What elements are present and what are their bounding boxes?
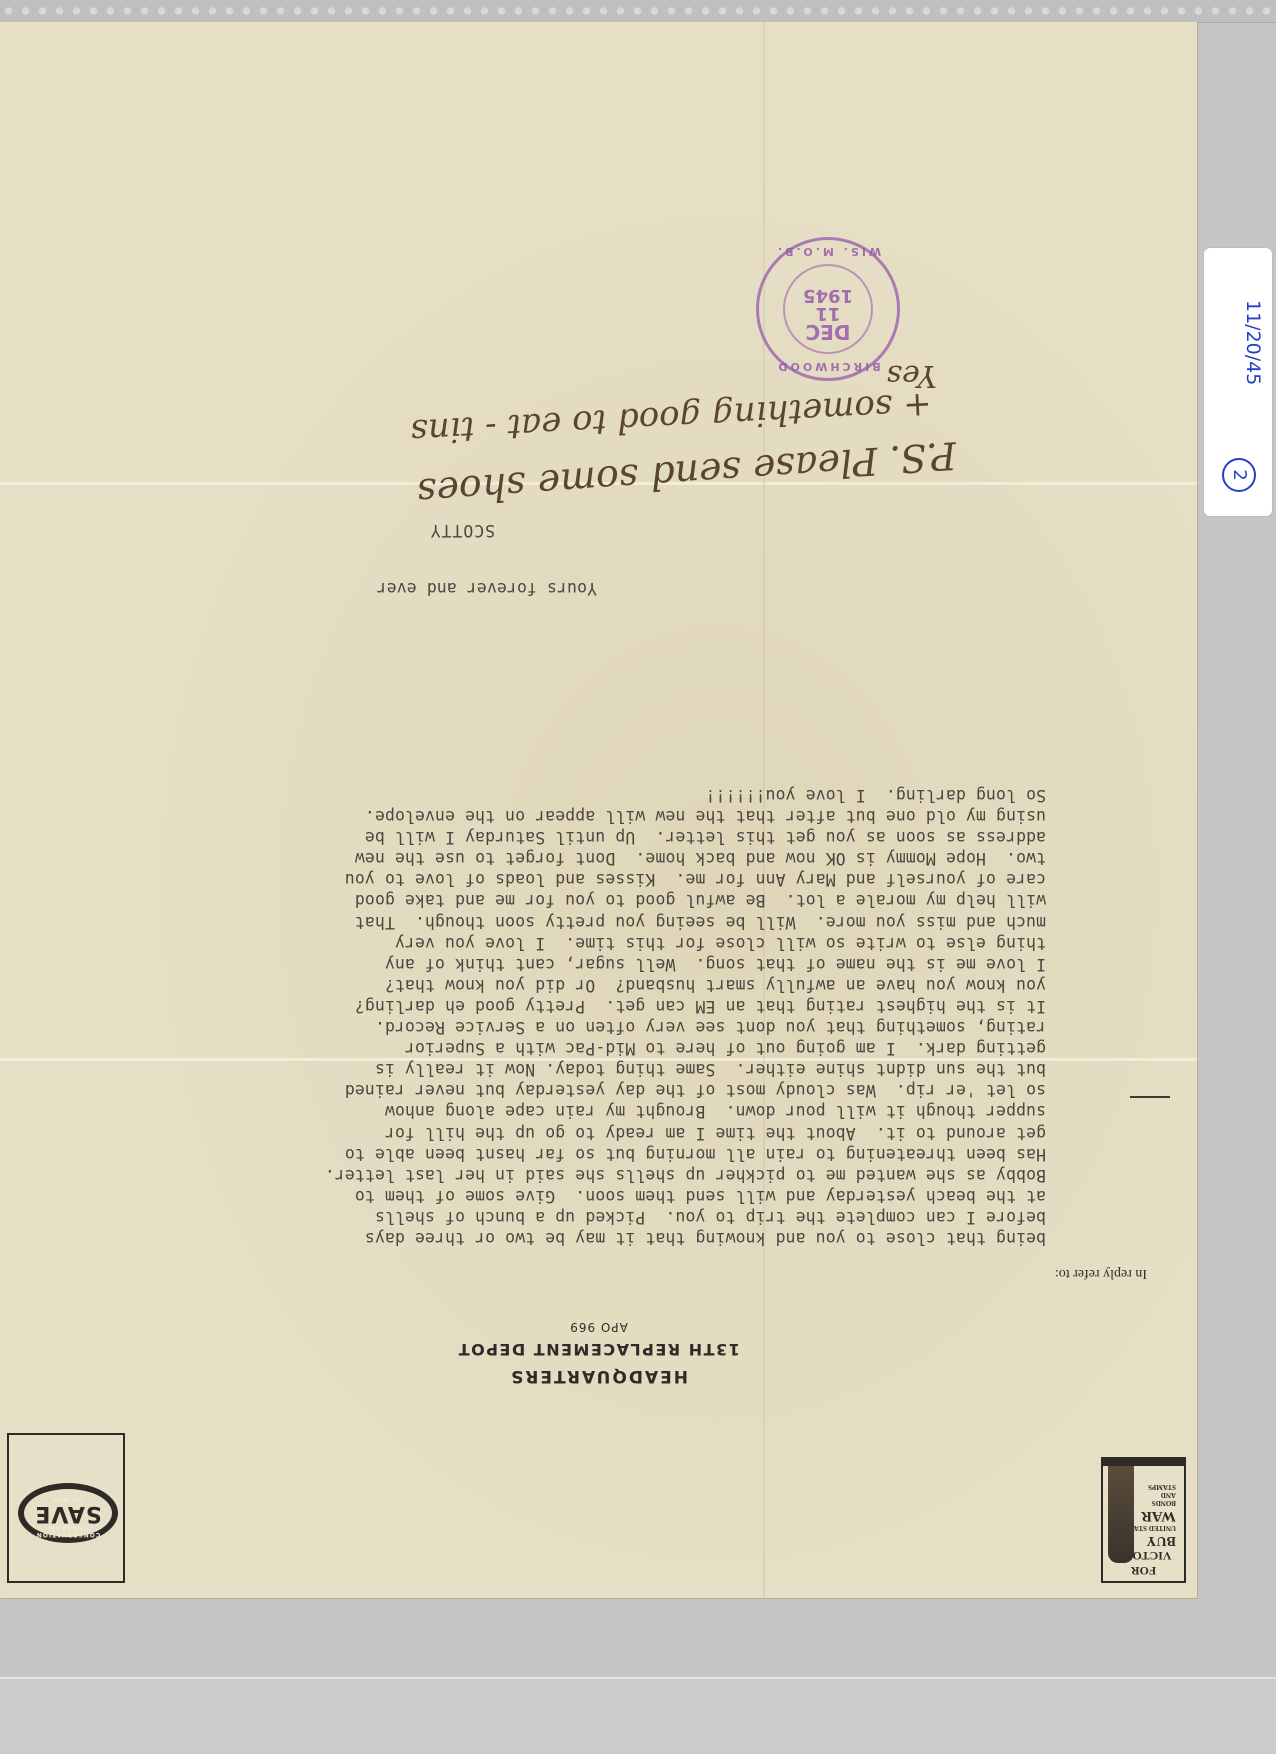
sleeve-lower-area (0, 1679, 1276, 1754)
postmark-month: DEC (785, 322, 871, 342)
margin-tick-mark (1130, 1096, 1170, 1098)
save-badge-word: SAVE (24, 1502, 112, 1524)
sleeve-binder-holes (0, 6, 1276, 16)
letter-body-line: before I can complete the trip to you. P… (96, 1207, 1046, 1228)
letter-body-line: at the beach yesterday and will send the… (96, 1186, 1046, 1207)
war-bonds-badge: FOR VICTORY BUY UNITED STATES WAR BONDS … (1101, 1457, 1186, 1583)
letter-body-line: It is the highest rating that an EM can … (96, 996, 1046, 1017)
postmark-date-block: DEC 11 1945 (783, 264, 873, 354)
rotated-letter-content: HEADQUARTERS 13TH REPLACEMENT DEPOT APO … (0, 22, 1197, 1598)
letter-body-line: using my old one but after that the new … (96, 806, 1046, 827)
index-tab-number-circle: 2 (1222, 458, 1256, 492)
letter-body-line: Bobby as she wanted me to pickher up she… (96, 1165, 1046, 1186)
postmark-town: BIRCHWOOD (759, 360, 897, 373)
letterhead-apo: APO 969 (0, 1320, 1197, 1334)
letter-body-line: address as soon as you get this letter. … (96, 827, 1046, 848)
letter-body-line: you know you have an awfully smart husba… (96, 975, 1046, 996)
letter-page: HEADQUARTERS 13TH REPLACEMENT DEPOT APO … (0, 22, 1197, 1598)
minuteman-figure-icon (1108, 1463, 1134, 1563)
reply-refer-label: In reply refer to: (1055, 1265, 1147, 1281)
letter-body-line: so let 'er rip. Was cloudy most of the d… (96, 1080, 1046, 1101)
postmark-stamp: BIRCHWOOD DEC 11 1945 WIS. M.O.B. (756, 237, 900, 381)
postmark-year: 1945 (785, 286, 871, 304)
letter-body-line: So long darling. I love you!!!!!! (96, 785, 1046, 806)
letter-body-line: get around to it. About the time I am re… (96, 1122, 1046, 1143)
letter-body-line: care of yourself and Mary Ann for me. Ki… (96, 869, 1046, 890)
letter-body-line: but the sun didnt shine either. Same thi… (96, 1059, 1046, 1080)
save-logo-icon: CONSERVATION PROGRAM SAVE U.S. ARMY (18, 1483, 118, 1543)
letter-body-line: supper though it will pour down. Brought… (96, 1101, 1046, 1122)
letter-body-line: rating, something that you dont see very… (96, 1017, 1046, 1038)
index-tab-date: 11/20/45 (1214, 288, 1264, 398)
letter-body-line: much and miss you more. Will be seeing y… (96, 912, 1046, 933)
letter-body-line: I love me is the name of that song. Well… (96, 954, 1046, 975)
letter-body-line: getting dark. I am going out of here to … (96, 1038, 1046, 1059)
sleeve-top-edge (0, 0, 1276, 23)
save-badge-top: CONSERVATION PROGRAM (24, 1524, 112, 1538)
letter-closing: Yours forever and ever (377, 579, 597, 598)
letterhead-title: HEADQUARTERS (0, 1366, 1197, 1386)
letter-signature: SCOTTY (430, 521, 495, 540)
save-conservation-badge: CONSERVATION PROGRAM SAVE U.S. ARMY (7, 1433, 125, 1583)
letter-body-line: two. Hope Mommy is OK now and back home.… (96, 848, 1046, 869)
letter-body-line: thing else to write so will close for th… (96, 933, 1046, 954)
letterhead-unit: 13TH REPLACEMENT DEPOT (0, 1340, 1197, 1359)
index-tab: 11/20/45 2 (1204, 248, 1272, 516)
letter-body-line: being that close to you and knowing that… (96, 1228, 1046, 1249)
postmark-day: 11 (785, 304, 871, 322)
letter-body-line: Has been threatening to rain all morning… (96, 1144, 1046, 1165)
letter-body: being that close to you and knowing that… (96, 785, 1046, 1249)
postmark-state: WIS. M.O.B. (759, 245, 897, 258)
letter-body-line: will help my morale a lot. Be awful good… (96, 890, 1046, 911)
badge-base-bar (1103, 1459, 1184, 1466)
